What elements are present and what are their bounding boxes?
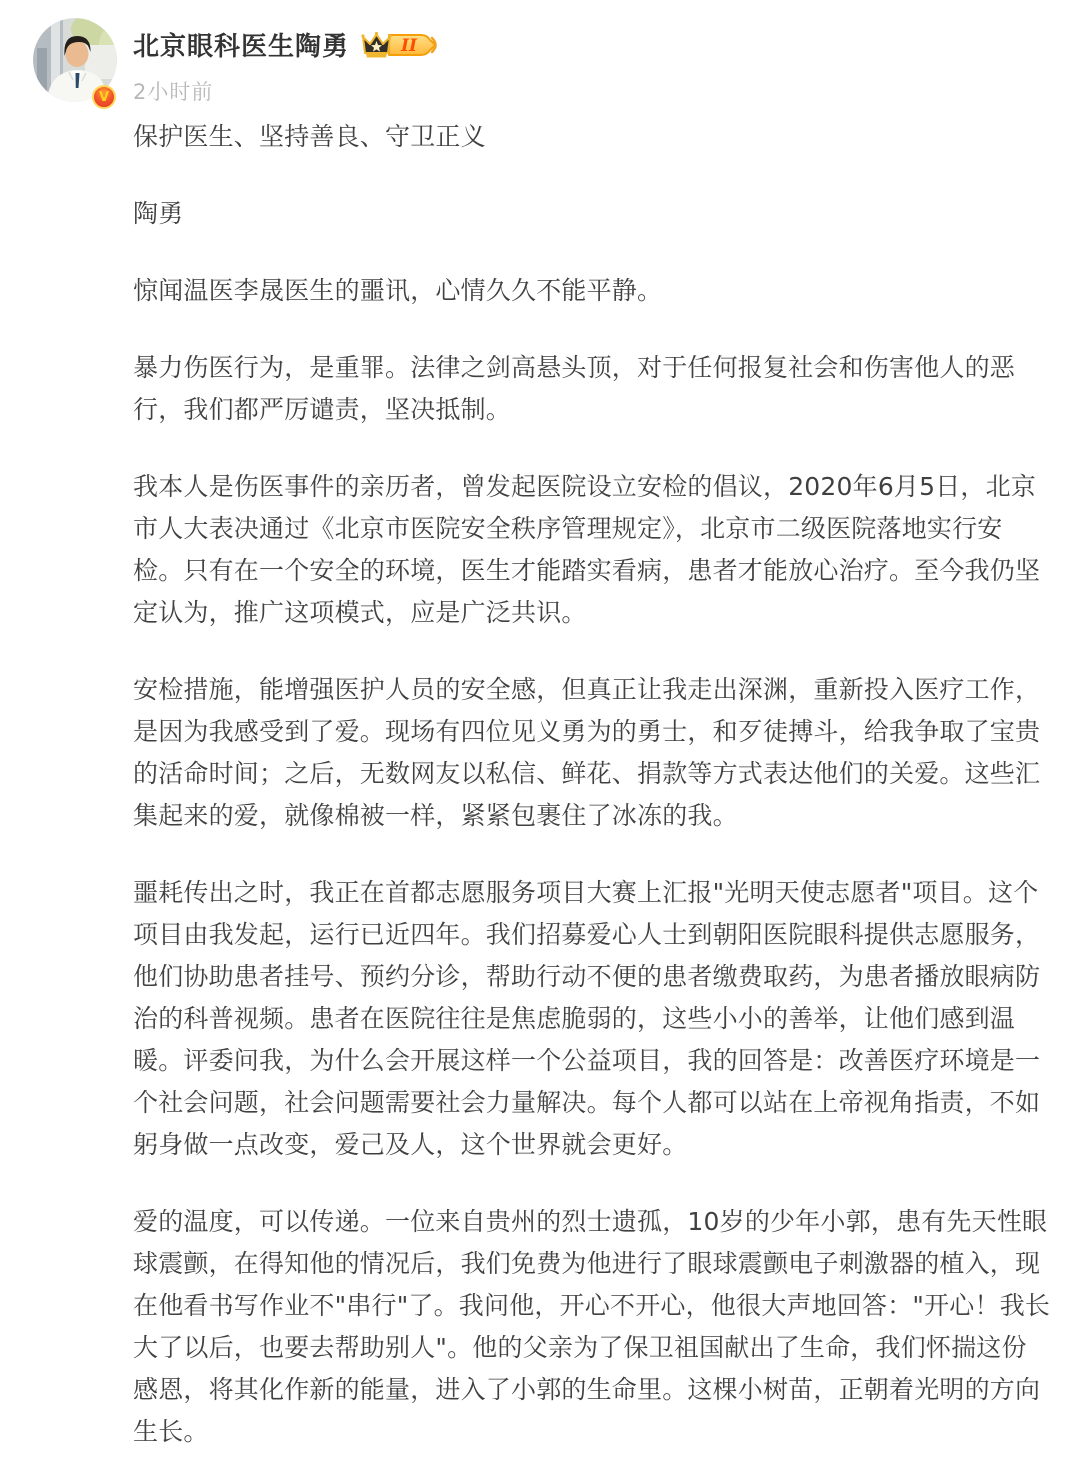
vip-crown-badge[interactable]: II xyxy=(359,29,443,61)
avatar[interactable]: V xyxy=(33,18,117,102)
username[interactable]: 北京眼科医生陶勇 xyxy=(133,26,349,63)
verified-v-letter: V xyxy=(99,91,109,104)
paragraph: 暴力伤医行为，是重罪。法律之剑高悬头顶，对于任何报复社会和伤害他人的恶行，我们都… xyxy=(133,347,1051,431)
paragraph: 惊闻温医李晟医生的噩讯，心情久久不能平静。 xyxy=(133,270,1051,312)
paragraph: 爱的温度，可以传递。一位来自贵州的烈士遗孤，10岁的少年小郭，患有先天性眼球震颤… xyxy=(133,1201,1051,1453)
post-header: V 北京眼科医生陶勇 II xyxy=(33,18,443,106)
paragraph-author: 陶勇 xyxy=(133,193,1051,235)
post-content: 保护医生、坚持善良、守卫正义 陶勇 惊闻温医李晟医生的噩讯，心情久久不能平静。 … xyxy=(133,116,1051,1453)
timestamp[interactable]: 2小时前 xyxy=(133,76,443,106)
user-block: 北京眼科医生陶勇 II xyxy=(133,18,443,106)
paragraph: 我本人是伤医事件的亲历者，曾发起医院设立安检的倡议，2020年6月5日，北京市人… xyxy=(133,466,1051,634)
paragraph: 安检措施，能增强医护人员的安全感，但真正让我走出深渊，重新投入医疗工作，是因为我… xyxy=(133,669,1051,837)
vip-level-label: II xyxy=(400,36,418,56)
verified-v-icon: V xyxy=(92,85,116,109)
user-line: 北京眼科医生陶勇 II xyxy=(133,26,443,63)
vip-crown-badge-icon: II xyxy=(359,29,443,61)
weibo-post-page: V 北京眼科医生陶勇 II xyxy=(0,0,1080,1465)
paragraph: 噩耗传出之时，我正在首都志愿服务项目大赛上汇报"光明天使志愿者"项目。这个项目由… xyxy=(133,872,1051,1166)
paragraph-title: 保护医生、坚持善良、守卫正义 xyxy=(133,116,1051,158)
